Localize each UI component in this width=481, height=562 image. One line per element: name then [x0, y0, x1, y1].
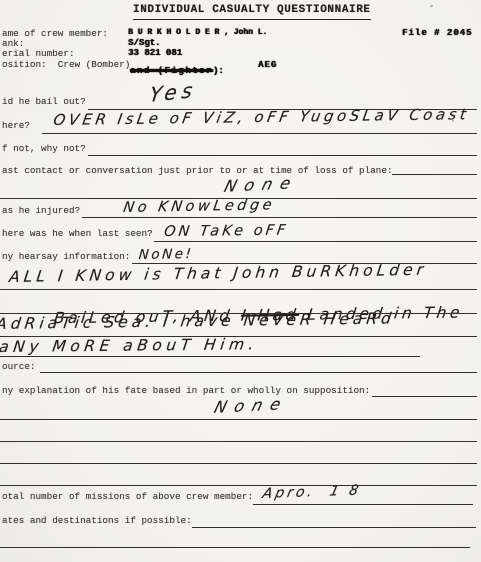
question-injured: as he injured? [2, 206, 80, 217]
scan-speck [430, 5, 433, 7]
question-last-seen: here was he when last seen? [2, 229, 153, 240]
question-bail-out: id he bail out? [2, 97, 86, 108]
question-last-contact: ast contact or conversation just prior t… [2, 166, 393, 177]
position-struck-group: and (Fighter): [130, 60, 224, 78]
rank-value: S/Sgt. [128, 38, 160, 48]
question-if-not: f not, why not? [2, 144, 86, 155]
answer-line [372, 396, 477, 397]
answer-last-contact: None [222, 174, 301, 197]
answer-line [154, 241, 477, 242]
position-struck-text: and (Fighter [130, 66, 213, 76]
blank-line [0, 441, 477, 442]
answer-bail-out: Yes [148, 79, 199, 107]
answer-hearsay: NoNe! [138, 247, 194, 263]
scanned-questionnaire-page: INDIVIDUAL CASUALTY QUESTIONNAIRE File #… [0, 0, 481, 562]
serial-value: 33 821 081 [128, 48, 182, 58]
answer-injured: No KNowLedge [122, 197, 276, 216]
answer-last-seen: ON TaKe oFF [163, 223, 289, 241]
answer-missions: Apro. 1 8 [261, 482, 363, 502]
question-missions: otal number of missions of above crew me… [2, 492, 253, 503]
question-where: here? [2, 121, 30, 132]
answer-line [40, 372, 477, 373]
answer-line [42, 133, 477, 134]
answer-line [0, 419, 477, 420]
blank-line [0, 547, 470, 548]
position-label: osition: Crew (Bomber) [2, 60, 130, 71]
question-hearsay: ny hearsay information: [2, 252, 130, 263]
answer-line [253, 504, 473, 505]
blank-line [0, 463, 477, 464]
answer-supposition: None [212, 395, 291, 418]
file-number: File # 2045 [402, 28, 472, 38]
form-title: INDIVIDUAL CASUALTY QUESTIONNAIRE [133, 4, 371, 20]
question-dates: ates and destinations if possible: [2, 516, 192, 527]
answer-where: OVER IsLe oF ViZ, oFF YugoSLaV Coast [52, 106, 471, 129]
blank-line [0, 485, 477, 486]
position-after-text: ): [213, 66, 224, 76]
answer-line [192, 527, 476, 528]
hearsay-note-line4: aNy MoRE aBouT Him. [0, 336, 259, 357]
answer-line [88, 155, 477, 156]
answer-line [0, 356, 420, 357]
answer-line [82, 217, 477, 218]
question-source: ource: [2, 362, 35, 373]
name-value: B U R K H O L D E R , John L. [128, 28, 267, 37]
answer-line [392, 174, 477, 175]
position-value: AEG [258, 60, 277, 70]
hearsay-note-line1: ALL I KNow is That John BuRKhoLder [8, 262, 428, 287]
question-supposition: ny explanation of his fate based in part… [2, 386, 370, 397]
